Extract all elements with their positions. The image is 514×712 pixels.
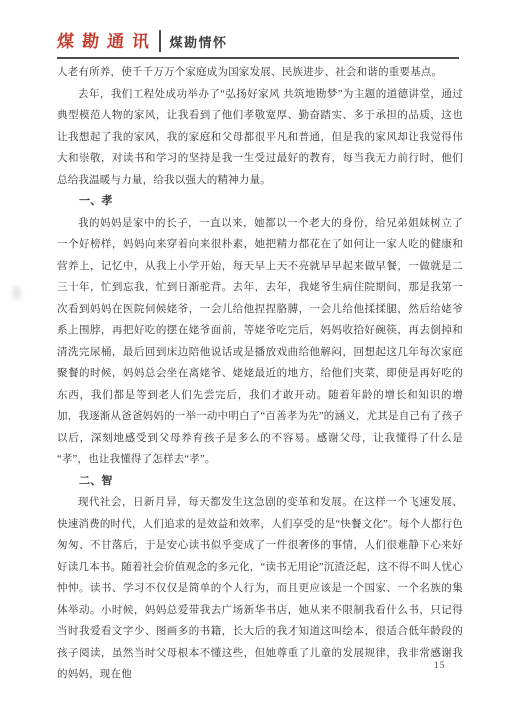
- paragraph: 我的妈妈是家中的长子，一直以来，她都以一个老大的身份，给兄弟姐妹树立了一个好榜样…: [57, 213, 463, 471]
- header-rule: [57, 57, 459, 59]
- masthead: 煤勘通讯 煤勘情怀: [57, 0, 463, 53]
- paragraph: 人老有所养，使千千万万个家庭成为国家发展、民族进步、社会和谐的重要基点。: [57, 62, 463, 84]
- paragraph: 去年，我们工程处成功举办了“弘扬好家风 共筑地勘梦”为主题的道德讲堂，通过典型模…: [57, 84, 463, 192]
- journal-logo: 煤勘通讯: [56, 33, 157, 50]
- paragraph: 现代社会，日新月异，每天都发生这急剧的变革和发展。在这样一个飞速发展、快速消费的…: [57, 492, 463, 686]
- scan-artifact: [12, 286, 21, 300]
- masthead-divider: [159, 30, 161, 52]
- section-title: 煤勘情怀: [170, 34, 228, 49]
- page-number: 15: [434, 661, 446, 671]
- article-body: 人老有所养，使千千万万个家庭成为国家发展、民族进步、社会和谐的重要基点。去年，我…: [57, 62, 463, 686]
- section-heading: 一、孝: [57, 191, 463, 213]
- section-heading: 二、智: [57, 471, 463, 493]
- magazine-page: 煤勘通讯 煤勘情怀 人老有所养，使千千万万个家庭成为国家发展、民族进步、社会和谐…: [0, 0, 514, 712]
